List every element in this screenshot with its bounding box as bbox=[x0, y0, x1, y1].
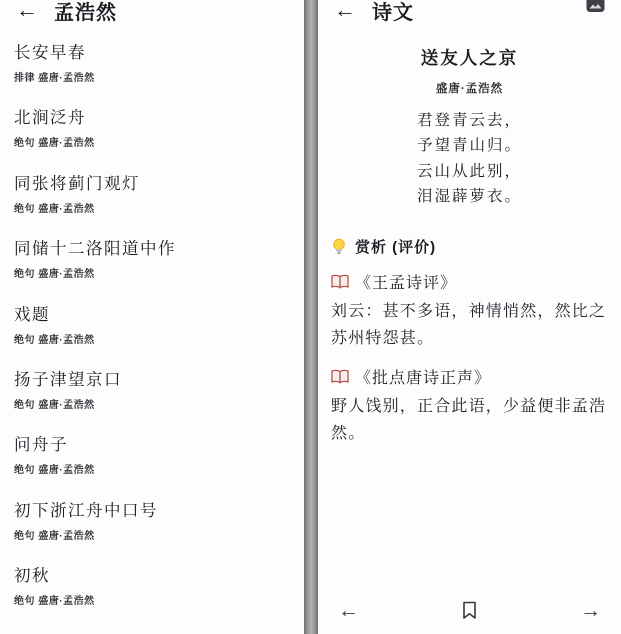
poem-item-title: 长安早春 bbox=[14, 43, 304, 63]
poem-list-item[interactable]: 同张将蓟门观灯 绝句 盛唐·孟浩然 bbox=[0, 174, 304, 239]
comment-source: 《批点唐诗正声》 bbox=[331, 365, 611, 388]
next-poem-icon[interactable]: → bbox=[580, 600, 601, 621]
poem-item-title: 同储十二洛阳道中作 bbox=[14, 239, 304, 259]
poem-item-meta: 排律 盛唐·孟浩然 bbox=[14, 69, 304, 84]
poem-detail-panel: ← 诗文 送友人之京 盛唐·孟浩然 君登青云去，予望青山归。云山从此别，泪湿薜萝… bbox=[318, 0, 621, 634]
poem-line: 君登青云去， bbox=[318, 108, 621, 133]
poem-list-item[interactable]: 长安早春 排律 盛唐·孟浩然 bbox=[0, 43, 304, 108]
comment-block: 《批点唐诗正声》 野人饯别，正合此语，少益便非孟浩然。 bbox=[331, 365, 611, 447]
appreciation-section: 赏析 (评价) 《王孟诗评》 刘云：甚不多语，神情悄然，然比之苏州特怨甚。 bbox=[331, 236, 611, 447]
poem-lines: 君登青云去，予望青山归。云山从此别，泪湿薜萝衣。 bbox=[318, 108, 621, 209]
poem-item-meta: 绝句 盛唐·孟浩然 bbox=[14, 461, 304, 476]
comment-text: 刘云：甚不多语，神情悄然，然比之苏州特怨甚。 bbox=[331, 298, 611, 352]
poem-item-title: 初秋 bbox=[14, 566, 304, 586]
poem-list-item[interactable]: 北涧泛舟 绝句 盛唐·孟浩然 bbox=[0, 108, 304, 173]
book-icon bbox=[331, 369, 349, 384]
poem-item-title: 初下浙江舟中口号 bbox=[14, 501, 304, 521]
book-icon bbox=[331, 274, 349, 289]
poem-item-meta: 绝句 盛唐·孟浩然 bbox=[14, 265, 304, 280]
back-icon[interactable]: ← bbox=[334, 0, 356, 25]
poem-item-meta: 绝句 盛唐·孟浩然 bbox=[14, 134, 304, 149]
poem-list-item[interactable]: 同储十二洛阳道中作 绝句 盛唐·孟浩然 bbox=[0, 239, 304, 304]
poem-line: 泪湿薜萝衣。 bbox=[318, 184, 621, 209]
poem-item-title: 同张将蓟门观灯 bbox=[14, 174, 304, 194]
appreciation-header-label: 赏析 (评价) bbox=[355, 236, 436, 257]
previous-poem-icon[interactable]: ← bbox=[338, 600, 359, 621]
poem-detail-author: 盛唐·孟浩然 bbox=[318, 80, 621, 96]
bottom-navigation-bar: ← → bbox=[318, 592, 621, 628]
poem-list: 长安早春 排律 盛唐·孟浩然 北涧泛舟 绝句 盛唐·孟浩然 同张将蓟门观灯 绝句… bbox=[0, 43, 304, 632]
poem-item-title: 问舟子 bbox=[14, 435, 304, 455]
comment-text: 野人饯别，正合此语，少益便非孟浩然。 bbox=[331, 393, 611, 447]
back-icon[interactable]: ← bbox=[16, 0, 38, 25]
poem-item-title: 扬子津望京口 bbox=[14, 370, 304, 390]
poem-item-title: 北涧泛舟 bbox=[14, 108, 304, 128]
left-header: ← 孟浩然 bbox=[0, 0, 304, 26]
comment-source-label: 《王孟诗评》 bbox=[355, 270, 457, 293]
comment-source-label: 《批点唐诗正声》 bbox=[355, 365, 491, 388]
poem-item-meta: 绝句 盛唐·孟浩然 bbox=[14, 527, 304, 542]
poem-item-meta: 绝句 盛唐·孟浩然 bbox=[14, 200, 304, 215]
appreciation-header: 赏析 (评价) bbox=[331, 236, 611, 257]
poem-item-meta: 绝句 盛唐·孟浩然 bbox=[14, 396, 304, 411]
poem-list-item[interactable]: 戏题 绝句 盛唐·孟浩然 bbox=[0, 305, 304, 370]
poem-list-item[interactable]: 初秋 绝句 盛唐·孟浩然 bbox=[0, 566, 304, 631]
poem-list-item[interactable]: 问舟子 绝句 盛唐·孟浩然 bbox=[0, 435, 304, 500]
poet-poem-list-panel: ← 孟浩然 长安早春 排律 盛唐·孟浩然 北涧泛舟 绝句 盛唐·孟浩然 同张将蓟… bbox=[0, 0, 304, 634]
poem-detail-title: 送友人之京 bbox=[318, 45, 621, 70]
poem-list-item[interactable]: 初下浙江舟中口号 绝句 盛唐·孟浩然 bbox=[0, 501, 304, 566]
panel-divider bbox=[304, 0, 318, 634]
right-header: ← 诗文 bbox=[318, 0, 621, 26]
comment-source: 《王孟诗评》 bbox=[331, 270, 611, 293]
poem-line: 予望青山归。 bbox=[318, 133, 621, 158]
lightbulb-icon bbox=[331, 238, 347, 255]
poem-line: 云山从此别， bbox=[318, 159, 621, 184]
poem-item-meta: 绝句 盛唐·孟浩然 bbox=[14, 331, 304, 346]
bookmark-icon[interactable] bbox=[462, 601, 477, 620]
poem-item-meta: 绝句 盛唐·孟浩然 bbox=[14, 592, 304, 607]
poet-name-title: 孟浩然 bbox=[54, 0, 117, 25]
comment-block: 《王孟诗评》 刘云：甚不多语，神情悄然，然比之苏州特怨甚。 bbox=[331, 270, 611, 352]
poem-list-item[interactable]: 扬子津望京口 绝句 盛唐·孟浩然 bbox=[0, 370, 304, 435]
share-as-image-icon[interactable] bbox=[586, 0, 605, 18]
poem-item-title: 戏题 bbox=[14, 305, 304, 325]
page-title: 诗文 bbox=[372, 0, 414, 25]
